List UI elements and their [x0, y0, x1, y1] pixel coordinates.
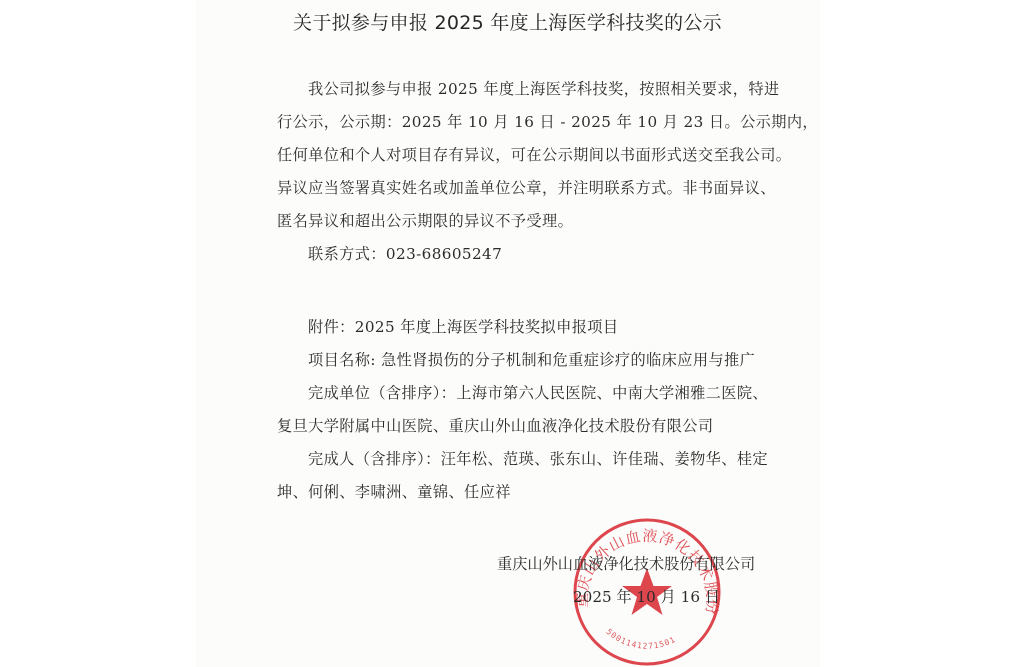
signature-date: 2025 年 10 月 16 日 [573, 586, 720, 607]
body-line-2: 行公示，公示期：2025 年 10 月 16 日 - 2025 年 10 月 2… [277, 111, 818, 132]
persons-line-2: 坤、何俐、李啸洲、童锦、任应祥 [277, 481, 511, 502]
body-line-3: 任何单位和个人对项目存有异议，可在公示期间以书面形式送交至我公司。 [277, 144, 791, 165]
body-line-4: 异议应当签署真实姓名或加盖单位公章，并注明联系方式。非书面异议、 [277, 177, 776, 198]
persons-line-1: 完成人（含排序）：汪年松、范瑛、张东山、许佳瑞、姜物华、桂定 [308, 448, 768, 469]
attachment-heading: 附件：2025 年度上海医学科技奖拟申报项目 [308, 316, 618, 337]
document-title: 关于拟参与申报 2025 年度上海医学科技奖的公示 [0, 8, 1015, 35]
body-line-5: 匿名异议和超出公示期限的异议不予受理。 [277, 210, 573, 231]
body-line-1: 我公司拟参与申报 2025 年度上海医学科技奖，按照相关要求，特进 [308, 78, 780, 99]
project-name: 项目名称: 急性肾损伤的分子机制和危重症诊疗的临床应用与推广 [308, 349, 755, 370]
svg-text:5001141271501: 5001141271501 [604, 627, 677, 651]
contact-line: 联系方式：023-68605247 [308, 243, 502, 264]
units-line-2: 复旦大学附属中山医院、重庆山外山血液净化技术股份有限公司 [277, 415, 713, 436]
seal-serial-number: 5001141271501 [604, 627, 677, 651]
units-line-1: 完成单位（含排序）：上海市第六人民医院、中南大学湘雅二医院、 [308, 382, 768, 403]
signature-company: 重庆山外山血液净化技术股份有限公司 [497, 553, 755, 574]
